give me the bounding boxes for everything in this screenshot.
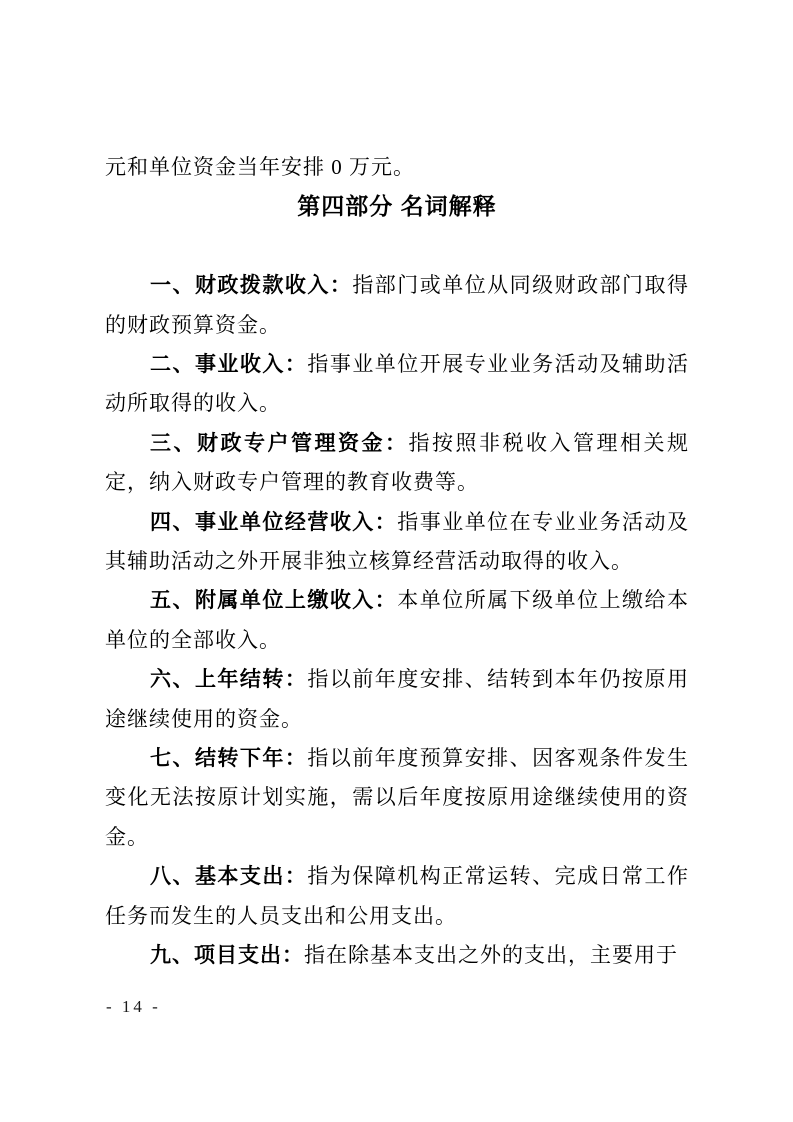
paragraph-continuation: 元和单位资金当年安排 0 万元。 [105, 148, 689, 187]
term-item-9: 九、项目支出：指在除基本支出之外的支出，主要用于 [105, 936, 689, 975]
page-content: 元和单位资金当年安排 0 万元。 第四部分 名词解释 一、财政拨款收入：指部门或… [105, 148, 689, 976]
term-label: 三、财政专户管理资金： [150, 432, 409, 455]
term-item-5: 五、附属单位上缴收入：本单位所属下级单位上缴给本单位的全部收入。 [105, 581, 689, 660]
term-label: 五、附属单位上缴收入： [150, 589, 397, 612]
term-item-7: 七、结转下年：指以前年度预算安排、因客观条件发生变化无法按原计划实施，需以后年度… [105, 739, 689, 857]
page-number: - 14 - [106, 997, 161, 1017]
term-label: 二、事业收入： [150, 353, 307, 376]
term-item-2: 二、事业收入：指事业单位开展专业业务活动及辅助活动所取得的收入。 [105, 345, 689, 424]
term-label: 一、财政拨款收入： [150, 274, 352, 297]
term-item-4: 四、事业单位经营收入：指事业单位在专业业务活动及其辅助活动之外开展非独立核算经营… [105, 503, 689, 582]
document-page: 元和单位资金当年安排 0 万元。 第四部分 名词解释 一、财政拨款收入：指部门或… [0, 0, 793, 1122]
term-label: 六、上年结转： [150, 668, 307, 691]
term-label: 八、基本支出： [150, 865, 307, 888]
heading-spacer [105, 227, 689, 266]
term-item-6: 六、上年结转：指以前年度安排、结转到本年仍按原用途继续使用的资金。 [105, 660, 689, 739]
term-label: 七、结转下年： [150, 747, 307, 770]
term-label: 九、项目支出： [150, 944, 304, 967]
term-item-8: 八、基本支出：指为保障机构正常运转、完成日常工作任务而发生的人员支出和公用支出。 [105, 857, 689, 936]
term-label: 四、事业单位经营收入： [150, 511, 397, 534]
section-heading: 第四部分 名词解释 [105, 187, 689, 226]
term-definition: 指在除基本支出之外的支出，主要用于 [304, 943, 678, 967]
term-item-1: 一、财政拨款收入：指部门或单位从同级财政部门取得的财政预算资金。 [105, 266, 689, 345]
term-item-3: 三、财政专户管理资金：指按照非税收入管理相关规定，纳入财政专户管理的教育收费等。 [105, 424, 689, 503]
